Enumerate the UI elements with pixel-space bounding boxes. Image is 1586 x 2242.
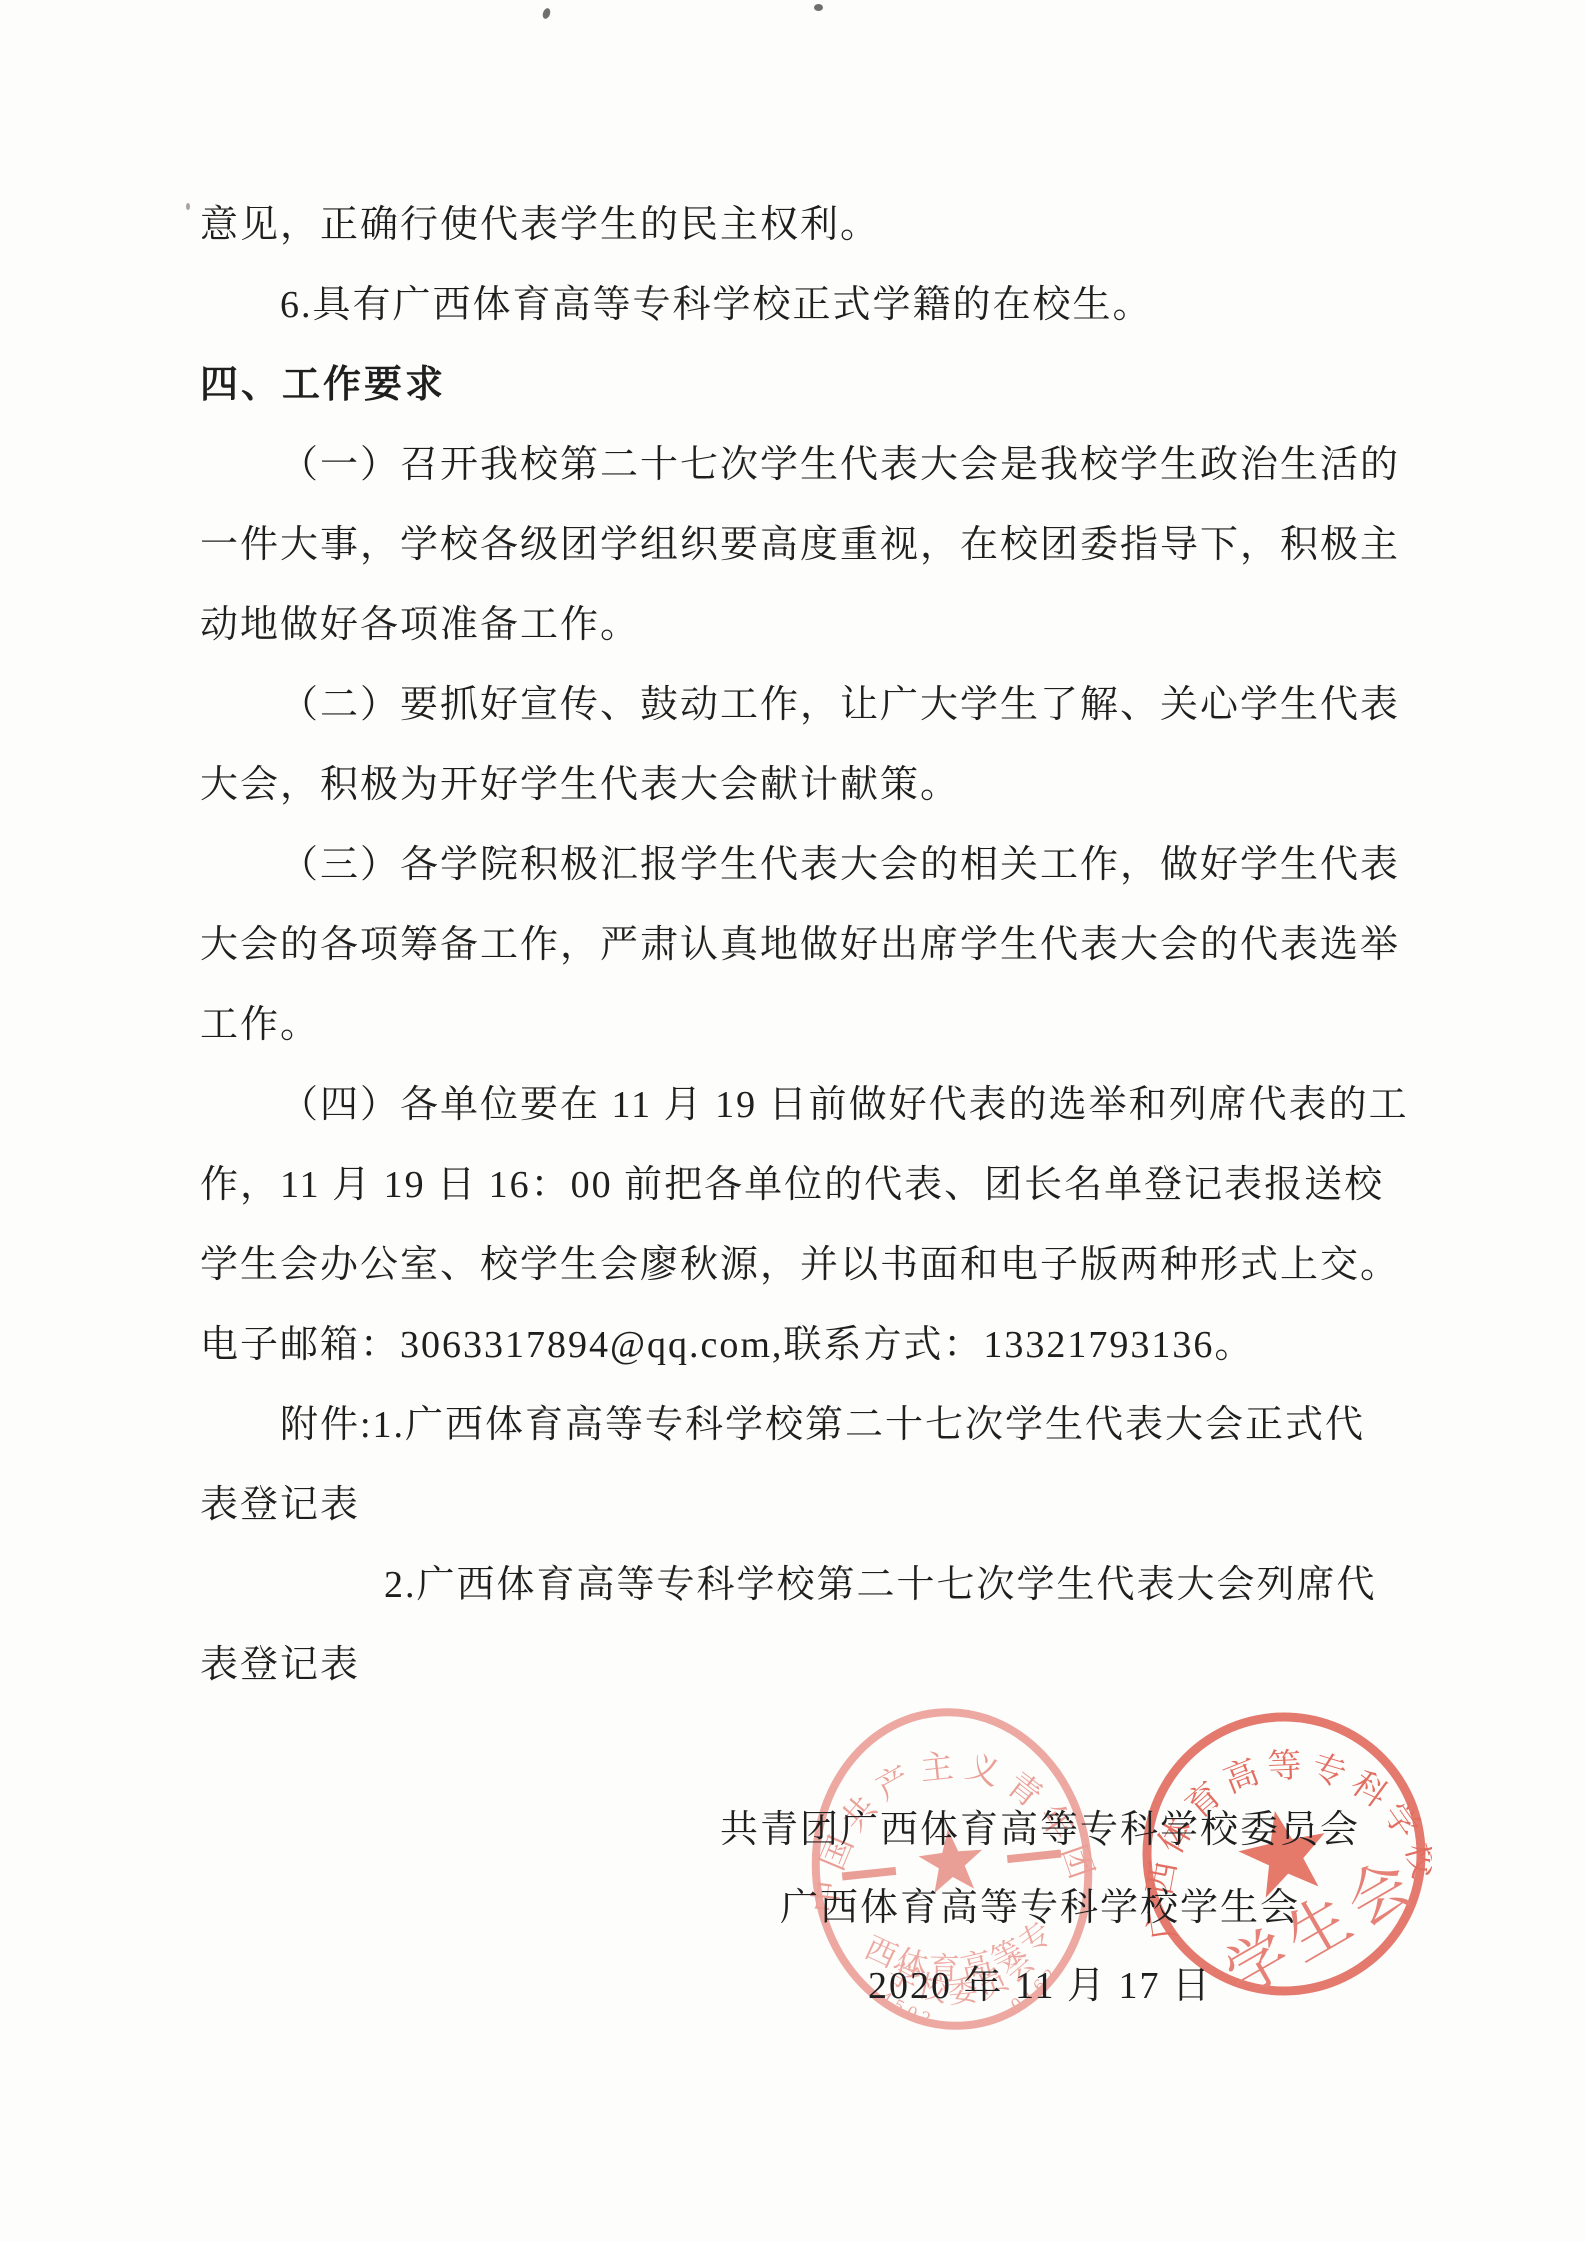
document-line: 工作。 bbox=[200, 985, 1415, 1065]
document-body: 意见，正确行使代表学生的民主权利。6.具有广西体育高等专科学校正式学籍的在校生。… bbox=[200, 185, 1415, 1705]
document-line: 2.广西体育高等专科学校第二十七次学生代表大会列席代 bbox=[200, 1545, 1415, 1625]
document-line: 动地做好各项准备工作。 bbox=[200, 585, 1415, 665]
document-line: 表登记表 bbox=[200, 1625, 1415, 1705]
document-line: （二）要抓好宣传、鼓动工作，让广大学生了解、关心学生代表 bbox=[200, 665, 1415, 745]
document-line: 电子邮箱：3063317894@qq.com,联系方式：13321793136。 bbox=[200, 1305, 1415, 1385]
scan-speck bbox=[814, 4, 823, 11]
scan-speck bbox=[186, 203, 190, 210]
document-line: （一）召开我校第二十七次学生代表大会是我校学生政治生活的 bbox=[200, 425, 1415, 505]
signature-org-2: 广西体育高等专科学校学生会 bbox=[620, 1869, 1460, 1947]
signature-date: 2020 年 11 月 17 日 bbox=[620, 1947, 1460, 2025]
signature-block: 共青团广西体育高等专科学校委员会 广西体育高等专科学校学生会 2020 年 11… bbox=[620, 1791, 1460, 2025]
document-page: 中国共产主义青年团 广西体育高等专科 学校委员会 4502 0162 bbox=[0, 0, 1586, 2242]
document-line: 作，11 月 19 日 16：00 前把各单位的代表、团长名单登记表报送校 bbox=[200, 1145, 1415, 1225]
document-line: 一件大事，学校各级团学组织要高度重视，在校团委指导下，积极主 bbox=[200, 505, 1415, 585]
document-line: 大会，积极为开好学生代表大会献计献策。 bbox=[200, 745, 1415, 825]
section-heading: 四、工作要求 bbox=[200, 345, 1415, 425]
document-line: （四）各单位要在 11 月 19 日前做好代表的选举和列席代表的工 bbox=[200, 1065, 1415, 1145]
document-line: （三）各学院积极汇报学生代表大会的相关工作，做好学生代表 bbox=[200, 825, 1415, 905]
document-line: 附件:1.广西体育高等专科学校第二十七次学生代表大会正式代 bbox=[200, 1385, 1415, 1465]
scan-speck bbox=[541, 7, 551, 20]
document-line: 6.具有广西体育高等专科学校正式学籍的在校生。 bbox=[200, 265, 1415, 345]
document-line: 学生会办公室、校学生会廖秋源，并以书面和电子版两种形式上交。 bbox=[200, 1225, 1415, 1305]
document-line: 表登记表 bbox=[200, 1465, 1415, 1545]
document-line: 意见，正确行使代表学生的民主权利。 bbox=[200, 185, 1415, 265]
document-line: 大会的各项筹备工作，严肃认真地做好出席学生代表大会的代表选举 bbox=[200, 905, 1415, 985]
signature-org-1: 共青团广西体育高等专科学校委员会 bbox=[620, 1791, 1460, 1869]
